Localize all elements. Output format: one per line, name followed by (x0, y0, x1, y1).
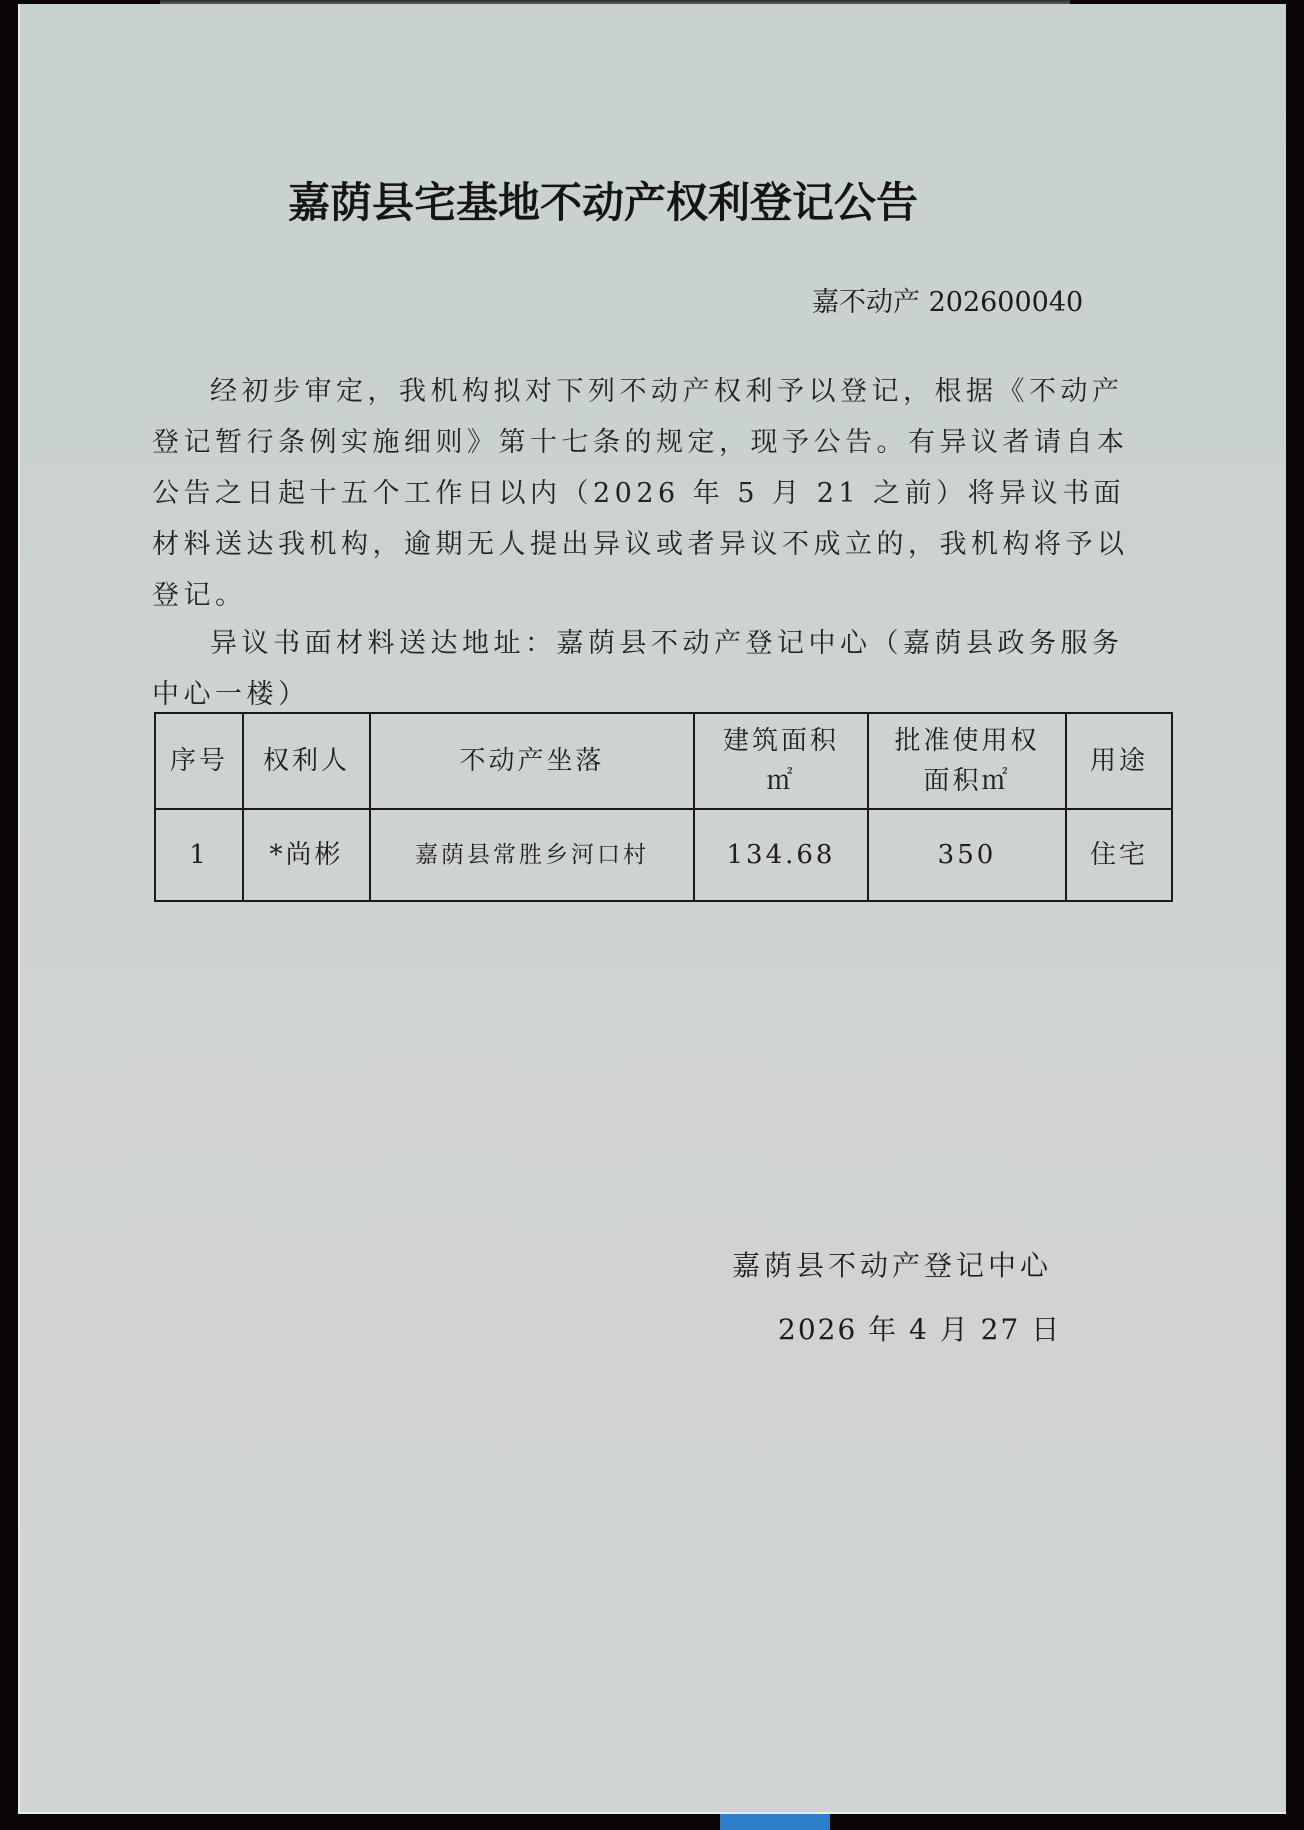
objection-address-paragraph: 异议书面材料送达地址：嘉荫县不动产登记中心（嘉荫县政务服务中心一楼） (152, 618, 1152, 720)
issuer-signature: 嘉荫县不动产登记中心 (732, 1244, 1052, 1284)
notice-paragraph: 经初步审定，我机构拟对下列不动产权利予以登记，根据《不动产登记暂行条例实施细则》… (152, 366, 1152, 621)
header-serial: 序号 (155, 713, 243, 809)
paper-sheet: 嘉荫县宅基地不动产权利登记公告 嘉不动产 202600040 经初步审定，我机构… (18, 4, 1286, 1814)
header-location: 不动产坐落 (370, 713, 694, 809)
background-object (720, 1812, 830, 1830)
table-header-row: 序号 权利人 不动产坐落 建筑面积㎡ 批准使用权面积㎡ 用途 (155, 713, 1172, 809)
cell-serial: 1 (155, 809, 243, 901)
header-right-holder: 权利人 (243, 713, 370, 809)
cell-location: 嘉荫县常胜乡河口村 (370, 809, 694, 901)
cell-right-holder: *尚彬 (243, 809, 370, 901)
issue-date: 2026 年 4 月 27 日 (778, 1308, 1061, 1348)
header-usage: 用途 (1066, 713, 1172, 809)
cell-usage: 住宅 (1066, 809, 1172, 901)
registration-table: 序号 权利人 不动产坐落 建筑面积㎡ 批准使用权面积㎡ 用途 1 *尚彬 嘉荫县… (154, 712, 1173, 902)
table-row: 1 *尚彬 嘉荫县常胜乡河口村 134.68 350 住宅 (155, 809, 1172, 901)
cell-approved-area: 350 (868, 809, 1066, 901)
header-building-area: 建筑面积㎡ (694, 713, 868, 809)
document-number: 嘉不动产 202600040 (812, 280, 1083, 319)
cell-building-area: 134.68 (694, 809, 868, 901)
page-title: 嘉荫县宅基地不动产权利登记公告 (288, 170, 918, 230)
header-approved-area: 批准使用权面积㎡ (868, 713, 1066, 809)
